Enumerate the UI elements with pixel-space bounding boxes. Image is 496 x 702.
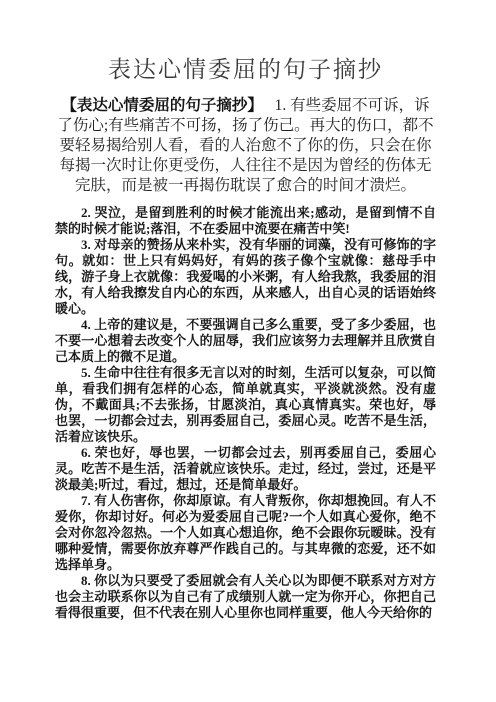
paragraph-8: 8. 你以为只要受了委屈就会有人关心以为即便不联系对方对方也会主动联系你以为自己…: [55, 573, 436, 621]
intro-bracket-heading: 【表达心情委屈的句子摘抄】: [61, 97, 255, 114]
paragraph-5: 5. 生命中往往有很多无言以对的时刻，生活可以复杂，可以简单，看我们拥有怎样的心…: [55, 365, 436, 445]
paragraph-6: 6. 荣也好，辱也罢，一切都会过去，别再委屈自己，委屈心灵。吃苦不是生活，活着就…: [55, 445, 436, 493]
paragraph-2: 2. 哭泣，是留到胜利的时候才能流出来;感动，是留到情不自禁的时候才能说;落泪，…: [55, 205, 436, 237]
document-title: 表达心情委屈的句子摘抄: [55, 57, 436, 83]
document-page: 表达心情委屈的句子摘抄 【表达心情委屈的句子摘抄】 1. 有些委屈不可诉，诉了伤…: [0, 0, 496, 702]
paragraph-3: 3. 对母亲的赞扬从来朴实，没有华丽的词藻，没有可修饰的字句。就如：世上只有妈妈…: [55, 237, 436, 317]
paragraph-7: 7. 有人伤害你，你却原谅。有人背叛你，你却想挽回。有人不爱你，你却讨好。何必为…: [55, 493, 436, 573]
paragraph-4: 4. 上帝的建议是，不要强调自己多么重要，受了多少委屈，也不要一心想着去改变个人…: [55, 317, 436, 365]
intro-paragraph: 【表达心情委屈的句子摘抄】 1. 有些委屈不可诉，诉了伤心;有些痛苦不可扬，扬了…: [55, 96, 436, 196]
paragraph-list: 2. 哭泣，是留到胜利的时候才能流出来;感动，是留到情不自禁的时候才能说;落泪，…: [55, 205, 436, 621]
